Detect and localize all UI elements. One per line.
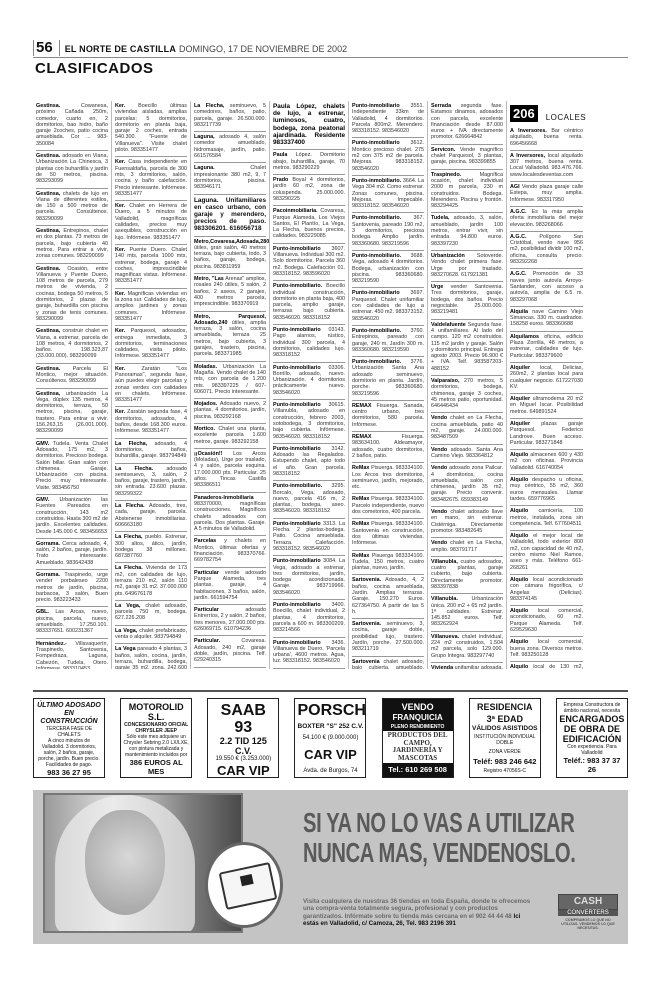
issue-date: DOMINGO, 17 DE NOVIEMBRE DE 2002: [179, 44, 347, 54]
classified-ad: Gestinsa, construir chalet en Viana, a e…: [36, 326, 108, 363]
ad-keyword: Valparaíso,: [431, 378, 459, 384]
classified-ad: A Inversores, local alquilado 307 metros…: [510, 151, 583, 182]
ad-keyword: Vendo: [431, 447, 447, 453]
ad-keyword: Punto-inmobiliario: [352, 140, 400, 146]
ad-text: el mejor local de Valladolid, todo exter…: [510, 533, 583, 570]
display-ad-porsche[interactable]: PORSCHE BOXTER "S" 252 C.V. 54.100 € (9.…: [294, 698, 366, 778]
ad-model: BOXTER "S" 252 C.V.: [297, 724, 363, 730]
ad-keyword: Laguna.: [194, 165, 215, 171]
ad-keyword: A.G.C.: [510, 209, 526, 215]
ad-keyword: Ker.: [115, 159, 125, 165]
ad-keyword: Villanubla.: [431, 596, 458, 602]
section-label: LOCALES: [546, 113, 586, 122]
ad-keyword: Gorrama.: [36, 541, 60, 547]
classified-ad: Punto-inmobiliario 03306. Borrillo, ados…: [273, 363, 345, 400]
ad-keyword: La Flecha.: [115, 565, 143, 571]
ad-keyword: A Inversores.: [510, 128, 547, 134]
classified-ad: Serrada segunda fase. Estamos dinamos, a…: [431, 101, 503, 145]
classified-ad: Alquila nave Camino Viejo Simancas. 330 …: [510, 307, 583, 332]
cash-converters-logo: CASH CONVERTERS COMPRAMOS LO QUE NO UTIL…: [558, 894, 618, 934]
ad-keyword: Parcelas: [194, 538, 216, 544]
classified-ad: Punto-inmobiliario. 3776. Urbanización S…: [352, 357, 424, 401]
ad-body: Sólo este mes adquiere un Chrysler Sebri…: [123, 734, 189, 758]
classified-ad: Prado Boyal 4 dormitorios, jardín 60 m2,…: [273, 175, 345, 206]
classified-ad: Punto-inmobiliario 3313. La Flecha. 2 pl…: [273, 519, 345, 556]
ad-keyword: Ker.: [115, 247, 125, 253]
ad-keyword: GMV.: [36, 497, 49, 503]
ad-keyword: Gestinsa.: [36, 103, 60, 109]
ad-keyword: Punto-inmobiliario.: [352, 359, 401, 365]
newspaper-name: EL NORTE DE CASTILLA: [65, 44, 176, 54]
ad-keyword: Vendo: [431, 465, 447, 471]
scale-plate: [219, 862, 278, 910]
ad-text: Parquesol, adosados, entrega inmediata, …: [115, 328, 187, 359]
ad-keyword: Particular: [194, 570, 219, 576]
ad-keyword: Tudela,: [431, 215, 449, 221]
classified-ad: Tudela, adosado, 3, salón, amueblado, ja…: [431, 213, 503, 250]
ad-keyword: GBL.: [36, 609, 49, 615]
display-ad-residencia[interactable]: RESIDENCIA 3ª EDAD VÁLIDOS ASISTIDOS INS…: [469, 698, 541, 778]
ad-keyword: Vendo: [431, 415, 447, 421]
classified-ad: Laguna, adosado 4, salón comedor amuebla…: [194, 132, 266, 163]
ad-keyword: Sartovenia: [352, 659, 380, 665]
ad-keyword: Moladas.: [194, 364, 217, 370]
masthead-row: 56 EL NORTE DE CASTILLA DOMINGO, 17 DE N…: [33, 40, 628, 58]
classified-ad: Mojados. Adosado nuevo, 2 plantas, 4 dor…: [194, 399, 266, 424]
display-ad-saab[interactable]: SAAB 93 2.2 TID 125 C.V. 19.550 € (3.253…: [207, 698, 279, 778]
classified-ad: Mortico. Chalet una planta, excelente pa…: [194, 424, 266, 449]
face-shape: [85, 810, 165, 915]
classified-ad: Vendo chalet en La Flecha, cocina amuebl…: [431, 413, 503, 444]
classified-ad: Ker. Zaratán segunda fase, 4 dormitorios…: [115, 407, 187, 438]
classified-ad: La Flecha. Vivienda de 173 m2, con calid…: [115, 563, 187, 600]
ad-keyword: A.G.C.: [510, 271, 526, 277]
ad-keyword: La Vega: [115, 646, 136, 652]
display-ad-empleo[interactable]: Empresa Constructora de ámbito nacional,…: [556, 698, 628, 778]
ad-keyword: Gorrama.: [36, 572, 60, 578]
ad-keyword: Laguna.: [194, 197, 219, 204]
classified-ad: Particular. Fuensaldaña, por traslado ur…: [194, 668, 266, 670]
ad-price: 54.100 € (9.000.000): [297, 735, 363, 741]
ad-text: Cowanesa, próximo Cañada 250m, comedor, …: [36, 103, 108, 147]
ad-body: INSTITUCIÓN INDIVIDUAL DOBLE: [472, 734, 538, 746]
ad-keyword: Punto-inmobiliario: [273, 446, 321, 452]
classified-ad: Laguna. Chalet impresionante 380 m2, 9, …: [194, 163, 266, 194]
ad-headline: VENDO: [385, 702, 451, 712]
ad-keyword: Gestinsa,: [36, 391, 60, 397]
classified-ad: Ker. Parquesol, adosados, entrega inmedi…: [115, 326, 187, 363]
ad-keyword: ¡¡Ocasión!!: [194, 451, 222, 457]
ad-model: 2.2 TID 125 C.V.: [210, 736, 276, 756]
classified-ad: Alquilo local acondicionado con cámara f…: [510, 575, 583, 606]
ad-products: PRODUCTOS DEL CAMPO, JARDINERÍA Y MASCOT…: [383, 731, 453, 763]
ad-text: urbanización La Vega, dúplex 135 metros,…: [36, 391, 108, 435]
ad-keyword: Punto-inmobiliario.: [273, 483, 322, 489]
classified-ad: Villanubla, cuatro adosados, cuatro plan…: [431, 557, 503, 594]
section-heading: 206LOCALES: [510, 105, 583, 122]
slogan-line-1: SI YA NO LO VAS A UTILIZAR: [303, 808, 526, 838]
ad-text: Chalet en Herrera de Duero, a 5 minutos …: [115, 203, 187, 240]
ad-text: Adosado, 4, 2 baños, cocina amueblada, J…: [352, 577, 424, 614]
ad-keyword: Paula: [273, 152, 287, 158]
ad-keyword: La Flecha.: [115, 503, 145, 509]
classified-ad: Punto-inmobiliario 3400. Boecillo, chale…: [273, 600, 345, 637]
classified-ad: ReMax Pisuerga. 983334100. Los Arcos tre…: [352, 463, 424, 494]
ad-text: segunda fase. Estamos dinamos, adosados …: [431, 103, 503, 140]
ad-phone: Teléf.: 983 37 37 26: [559, 756, 625, 774]
classified-ad: Punto-inmobiliario. Boecillo individual …: [273, 281, 345, 325]
ad-keyword: Punto-inmobiliario: [273, 640, 321, 646]
ad-keyword: Prado: [273, 177, 288, 183]
classified-ad: Particular. Covaresa. Adosado, 240 m2, g…: [194, 636, 266, 667]
ad-keyword: Alquilo: [510, 508, 528, 514]
ad-phone: Tel.: 610 269 508: [385, 765, 451, 774]
classified-column: Serrada segunda fase. Estamos dinamos, a…: [428, 101, 507, 669]
ad-brand: PORSCHE: [297, 702, 363, 719]
classified-ad: GBL. Las Arcas, nuevo, piscina, parcela,…: [36, 607, 108, 638]
ad-price-note: SIN ENTRADA: [123, 776, 189, 778]
classified-ad: A.G.C. Promoción de 33 naves junto autov…: [510, 269, 583, 306]
classified-ad: Metro,Covaresa,Adosada,280 útiles, gran …: [194, 237, 266, 274]
ad-keyword: Alquiler: [510, 365, 530, 371]
classified-ad: Ker. Boecillo últimas viviendas aisladas…: [115, 101, 187, 157]
ad-keyword: Sartovenia.: [352, 577, 381, 583]
classified-ad: Gestinsa. Ocasión, entre Villanueva y Pu…: [36, 264, 108, 327]
banner-copy-text: Visita cualquiera de nuestras 36 tiendas…: [303, 898, 530, 920]
classified-ad: Gestinsa, Entrepinos, chalet en dos plan…: [36, 226, 108, 263]
ad-keyword: Particular.: [194, 638, 220, 644]
classified-ad: REMAX Fisuerga. 983634100. Aldeamayor, a…: [352, 432, 424, 463]
ad-keyword: Alquiler: [510, 396, 530, 402]
ad-keyword: Vendo: [431, 540, 447, 546]
display-ad-adosado[interactable]: ÚLTIMO ADOSADO EN CONSTRUCCIÓN TERCERA F…: [33, 698, 105, 778]
logo-tagline: COMPRAMOS LO QUE NO UTILIZAS. VENDEMOS L…: [558, 918, 618, 930]
ad-keyword: Urbanización: [431, 253, 465, 259]
classified-ad: Alquiler local, Delicias, 260m2, 2 plant…: [510, 363, 583, 394]
ad-sub: TERCERA FASE DE CHALETS: [36, 726, 102, 738]
classified-ad: Servicon. Vende magnífico chalet Parques…: [431, 145, 503, 170]
ad-keyword: Alquiler: [510, 421, 530, 427]
ad-keyword: Metro,Covaresa,Adosada,280: [194, 239, 269, 245]
ad-keyword: Gestinsa,: [36, 328, 60, 334]
ad-keyword: Gestinsa.: [36, 366, 60, 372]
classified-ad: Sartovenia chalet adosado, bajo cubierta…: [352, 657, 424, 669]
ad-keyword: Vivienda: [431, 665, 453, 669]
ad-keyword: Valdelafuente: [431, 322, 466, 328]
classified-ad: Panaderos-Inmobiliaria 983370000, magníf…: [194, 493, 266, 537]
ad-sub: 3ª EDAD: [472, 714, 538, 724]
classified-ad: Alquilo almacenes 600 y 430 m2 con ofici…: [510, 450, 583, 475]
ad-keyword: Urge: [431, 284, 443, 290]
divider-rule: [33, 690, 628, 692]
ad-text: Ocasión, entre Villanueva y Puente Duero…: [36, 266, 108, 322]
ad-keyword: Ker.: [115, 203, 125, 209]
ad-keyword: Punto-inmobiliario.: [273, 283, 322, 289]
ad-text: Vendo plaza garaje calle Estepa, muy amp…: [510, 184, 583, 203]
ad-price: 386 EUROS AL MES: [123, 758, 189, 776]
ad-headline: ÚLTIMO ADOSADO EN CONSTRUCCIÓN: [36, 702, 102, 726]
ad-keyword: Punto-inmobiliario: [273, 365, 321, 371]
ad-phone: 983 36 27 95: [36, 768, 102, 777]
classified-ad: Hernández.- Villavaquerín, Traspinedo, S…: [36, 639, 108, 669]
ad-keyword: Alquilo: [510, 664, 528, 669]
banner-copy: Visita cualquiera de nuestras 36 tiendas…: [303, 898, 535, 928]
ad-keyword: A Inversores,: [510, 153, 545, 159]
ad-keyword: Alquilo: [510, 452, 528, 458]
display-ads-row: ÚLTIMO ADOSADO EN CONSTRUCCIÓN TERCERA F…: [33, 698, 628, 780]
logo-bottom: CONVERTERS: [558, 910, 618, 916]
ad-keyword: Gestinsa.: [36, 153, 60, 159]
classified-ad: Ker. Chalet en Herrera de Duero, a 5 min…: [115, 201, 187, 245]
classified-ad: La Flecha, adosado, 4 dormitorios, baños…: [115, 439, 187, 464]
classified-column: Ker. Boecillo últimas viviendas aisladas…: [112, 101, 191, 669]
classified-ad: ReMax Pisuerga. 983334100. Santovenia en…: [352, 519, 424, 550]
classified-ad: Vendo adosado. Santa Ana Camino Viejo. 9…: [431, 445, 503, 464]
ad-keyword: La Vega,: [115, 603, 140, 609]
classified-ad: A.G.C. Polígono San Cristóbal, vendo nav…: [510, 232, 583, 269]
ad-dealer: CAR VIP: [297, 746, 363, 763]
ad-registry: Registro 47056S-C: [472, 768, 538, 774]
ad-keyword: Servicon.: [431, 147, 455, 153]
classified-ad: Ker. Casa independiente en Fuensaldaña, …: [115, 157, 187, 201]
classified-ad: Ker. Zaratán "Los Panoramas", segunda fa…: [115, 364, 187, 408]
ad-phone: Teléf: 983 246 642: [472, 757, 538, 766]
ad-text: Urbanización las Fuentes Pareados en con…: [36, 497, 108, 534]
ad-text: Boecillo últimas viviendas aisladas, amp…: [115, 103, 187, 153]
ad-text: útiles, gran salón, 40 metros terraza, b…: [194, 245, 266, 270]
ad-keyword: La Flecha,: [115, 534, 142, 540]
ad-headline: RESIDENCIA: [472, 702, 538, 712]
ad-keyword: Panaderos-Inmobiliaria: [194, 495, 254, 501]
logo-top: CASH: [558, 894, 618, 910]
ad-brand: SAAB 93: [210, 702, 276, 736]
section-number: 206: [510, 105, 538, 122]
classified-ad: Particular adosado Entrerríos, 2 y salón…: [194, 605, 266, 636]
ad-text: útiles, amplia terraza, 3 salón, cocina …: [194, 320, 266, 357]
ad-keyword: Alquilo: [510, 577, 528, 583]
classified-ad: Alquilamos oficina, edificio Plaza Zorri…: [510, 332, 583, 363]
classified-ad: Villanueva. chalet individual, 224 m2 co…: [431, 632, 503, 663]
classified-ad: Metro, "Las Arenas" amplios, rosales 240…: [194, 274, 266, 311]
classified-ad: Punto-inmobiliario. 3760. Entrepinos, pa…: [352, 326, 424, 357]
ad-text: adosado zona Pailcar. 4 dormitorios, coc…: [431, 465, 503, 502]
classified-ad: Punto-inmobiliario. 3664. La Vega 304 m2…: [352, 176, 424, 213]
ad-address: Avda. de Burgos, 74: [297, 768, 363, 774]
ad-keyword: Serrada: [431, 103, 451, 109]
ad-keyword: Paula López, chalets de lujo, a estrenar…: [273, 103, 345, 146]
ad-body: Con experiencia. Para Valladolid: [559, 744, 625, 756]
classified-ad: Punto-inmobiliario 3142. Adosado las Reg…: [273, 444, 345, 481]
ad-keyword: ReMax: [352, 521, 369, 527]
classified-ad: La Vega pareado 4 plantas, 3 baños, saló…: [115, 644, 187, 669]
ad-text: 30615. Villanubla, adosado en construcci…: [273, 402, 345, 439]
ad-keyword: Sartovenia.: [352, 621, 381, 627]
classified-ad: Paula López. Dormitorio abajo, buhardill…: [273, 150, 345, 175]
ad-sub2: PLENO RENDIMIENTO: [385, 724, 451, 730]
ad-text: Los Arcos (Moladas), Urge por traslado, …: [194, 451, 266, 488]
classified-ad: Punto-inmobiliario 30615. Villanubla, ad…: [273, 400, 345, 444]
classified-ad: Ker. Magníficas viviendas en la zona sur…: [115, 289, 187, 326]
classified-ad: Alquilo local comercial, buena zona. Div…: [510, 637, 583, 662]
classified-ad: ReMax Pisuerga. 983334100. Parcelo indep…: [352, 494, 424, 519]
classified-ad: La Vega, chalet prefabricado, venta o al…: [115, 626, 187, 645]
ad-headline: ENCARGADOS DE OBRA DE EDIFICACIÓN: [559, 714, 625, 744]
ad-keyword: Punto-inmobiliario: [273, 327, 321, 333]
classified-ad: AGI Vendo plaza garaje calle Estepa, muy…: [510, 182, 583, 207]
ad-keyword: Alquilo: [510, 533, 528, 539]
ad-text: 3776. Urbanización Santa Ana adosado sem…: [352, 359, 424, 396]
ad-keyword: Alquilamos: [510, 334, 539, 340]
ad-keyword: Alquilo: [510, 639, 528, 645]
classified-ad: Punto-inmobiliario. 3688. Vega, adosado …: [352, 251, 424, 288]
ad-keyword: Villanueva.: [431, 634, 459, 640]
ad-keyword: Punto-inmobiliario: [352, 290, 400, 296]
ad-dealer: CAR VIP: [210, 762, 276, 778]
ad-text: Puente Duero. Chalet 140 mts, parcela 10…: [115, 247, 187, 284]
ad-keyword: Pacoinmobiliaria.: [273, 208, 318, 214]
banner-slogan: SI YA NO LO VAS A UTILIZAR NUNCA MAS, VE…: [303, 808, 526, 868]
classified-ad: Pacoinmobiliaria. Covaresa, Parque Alame…: [273, 206, 345, 243]
slogan-line-2: NUNCA MAS, VENDENOSLO.: [303, 838, 526, 868]
classified-ad: Gestinsa, urbanización La Vega, dúplex 1…: [36, 389, 108, 439]
ad-text: Casa independiente en Fuensaldaña, parce…: [115, 159, 187, 196]
classified-ad: Ker. Puente Duero. Chalet 140 mts, parce…: [115, 245, 187, 289]
ad-keyword: Punto-inmobiliario: [352, 103, 400, 109]
classified-ad: Punto-inmobiliario 03143. Pago alarnos, …: [273, 325, 345, 362]
classified-ad: ¡¡Ocasión!! Los Arcos (Moladas), Urge po…: [194, 449, 266, 493]
ad-keyword: La Vega,: [115, 628, 137, 634]
cash-converters-banner[interactable]: SI YA NO LO VAS A UTILIZAR NUNCA MAS, VE…: [33, 790, 628, 944]
classified-ad: La Flecha. Adosado, tres, cada, garaje, …: [115, 501, 187, 532]
ad-keyword: REMAX: [352, 403, 371, 409]
classified-ad: Vendo chalet en La Flecha, amplio. 98379…: [431, 538, 503, 557]
classified-ad: Urbanización Sotoverde. Vendo chalet pri…: [431, 251, 503, 282]
ad-keyword: A.G.C.: [510, 234, 526, 240]
classified-ad: Vivienda unifamiliar adosada, con patio,…: [431, 663, 503, 669]
ad-keyword: Ker.: [115, 291, 125, 297]
classified-ad: Paula López, chalets de lujo, a estrenar…: [273, 101, 345, 150]
classified-ad: GMV. Tudela. Venta Chalet Adosado, 175 m…: [36, 439, 108, 495]
ad-keyword: Alquilo: [510, 608, 528, 614]
display-ad-franquicia[interactable]: VENDO FRANQUICIA PLENO RENDIMIENTO PRODU…: [382, 698, 454, 778]
ad-keyword: Punto-inmobiliario.: [352, 215, 401, 221]
ad-text: Boecillo individual construcción, dormit…: [273, 283, 345, 320]
classified-ad: Parcelas y chalets en Montico, últimas o…: [194, 536, 266, 567]
ad-keyword: La Flecha,: [115, 441, 147, 447]
ad-keyword: ReMax: [352, 553, 369, 559]
ad-keyword: Punto-inmobiliario: [273, 558, 321, 564]
classified-columns: Gestinsa. Cowanesa, próximo Cañada 250m,…: [33, 101, 628, 669]
classified-ad: Punto-inmobiliario 3607. Villanueva. Ind…: [273, 244, 345, 281]
ad-keyword: Punto-inmobiliario.: [352, 253, 401, 259]
ad-keyword: Particular: [194, 607, 219, 613]
ad-keyword: GMV.: [36, 441, 49, 447]
classified-ad: Vendo chalet adosado llave en mano, sin …: [431, 507, 503, 538]
classified-ad: Sartovenia. seminuevo, 3, cocina, garaje…: [352, 619, 424, 656]
classified-ad: Gestinsa. adosado en Viana, Urbanización…: [36, 151, 108, 188]
classified-ad: Vendo adosado zona Pailcar. 4 dormitorio…: [431, 463, 503, 507]
ad-text: 3084. La Vega, adosado a estrenar, tres …: [273, 558, 345, 595]
classified-ad: Valdelafuente Segunda fase. 4 unifamilia…: [431, 320, 503, 376]
ad-sub: CONCESIONARIO OFICIAL CHRYSLER JEEP: [123, 722, 189, 734]
page-number: 56: [33, 40, 60, 56]
classified-ad: Gestinsa. Parcela El Montico, mejor situ…: [36, 364, 108, 389]
ad-keyword: Villanubla,: [431, 559, 458, 565]
ad-keyword: Punto-inmobiliario.: [352, 178, 401, 184]
ad-keyword: Gestinsa,: [36, 191, 60, 197]
classified-ad: A Inversores. Bar céntrico alquilado, bu…: [510, 126, 583, 151]
classified-ad: Alquilo local de 130 m2, Francisco Suáre…: [510, 662, 583, 669]
classified-ad: Gestinsa. Cowanesa, próximo Cañada 250m,…: [36, 101, 108, 151]
ad-keyword: Punto-inmobiliario.: [352, 328, 401, 334]
ad-intro: Empresa Constructora de ámbito nacional,…: [559, 702, 625, 714]
page-header: 56 EL NORTE DE CASTILLA DOMINGO, 17 DE N…: [33, 40, 628, 77]
ad-keyword: Punto-inmobiliario: [273, 602, 321, 608]
classified-ad: Alquiler plazas garaje Parquesol. Federi…: [510, 419, 583, 450]
classified-ad: La Vega, chalet adosado, parcela 750 m, …: [115, 601, 187, 626]
ad-keyword: Metro, "Las: [194, 276, 224, 282]
classified-ad: REMAX Fisuerga. Sanada, centro urbano, t…: [352, 401, 424, 432]
ad-keyword: Vendo: [431, 509, 447, 515]
ad-keyword: Ker.: [115, 328, 125, 334]
classified-ad: Punto-inmobiliario 3697. Parquesol. Chal…: [352, 288, 424, 325]
classified-ad: Punto-inmobiliario 3551. Independiente 3…: [352, 101, 424, 138]
classified-ad: A.G.C. Es la más amplia oferta inmobilia…: [510, 207, 583, 232]
ad-keyword: Mortico.: [194, 426, 215, 432]
classified-ad: La Flecha, pueblo. Estrenar, 300 altos, …: [115, 532, 187, 563]
ad-keyword: Gestinsa.: [36, 266, 60, 272]
classified-ad: Alquiler ultramoderna 20 m2 en Miguel Is…: [510, 394, 583, 419]
ad-text: 983370000, magníficas construcciones. Ma…: [194, 501, 266, 532]
classified-ad: Punto-inmobiliario. 3295. Borcalo, Vega,…: [273, 481, 345, 518]
classified-ad: Particular vende adosado Parque Alameda,…: [194, 568, 266, 605]
section-title: CLASIFICADOS: [35, 60, 628, 77]
classified-ad: Laguna. Unifamiliares en casco urbano, c…: [194, 195, 266, 237]
classified-ad: Gorrama. Cerca adosado, 4, salón, 2 baño…: [36, 539, 108, 570]
ad-sub: FRANQUICIA: [385, 713, 451, 723]
classified-ad: Valparaíso, 270 metros, 5 dormitorios, b…: [431, 376, 503, 413]
classified-ad: Punto-inmobiliario. 367. Santovenia, par…: [352, 213, 424, 250]
classified-ad: Punto-inmobiliario 3084. La Vega, adosad…: [273, 556, 345, 600]
ad-keyword: ReMax: [352, 465, 369, 471]
classified-column: Gestinsa. Cowanesa, próximo Cañada 250m,…: [33, 101, 112, 669]
ad-keyword: AGI: [510, 184, 520, 190]
classified-ad: La Flecha, seminuevo, 5 comedores, baños…: [194, 101, 266, 132]
classified-ad: Punto-inmobiliario 3436. Villanueva de D…: [273, 638, 345, 669]
ad-text: Magníficas viviendas en la zona sur. Cal…: [115, 291, 187, 322]
ad-keyword: Hernández.-: [36, 641, 67, 647]
ad-keyword: Punto-inmobiliario: [273, 246, 321, 252]
ad-keyword: La Flecha.: [115, 466, 153, 472]
ad-keyword: Ker.: [115, 103, 125, 109]
classified-ad: Alquilo local comercial, acondicionado, …: [510, 606, 583, 637]
ad-keyword: REMAX: [352, 434, 371, 440]
ad-body: A cinco minutos de Valladolid. 3 dormito…: [36, 738, 102, 768]
ad-keyword: Ker.: [115, 366, 125, 372]
display-ad-motorolid[interactable]: MOTOROLID S.L. CONCESIONARIO OFICIAL CHR…: [120, 698, 192, 778]
classified-ad: Gestinsa, chalets de lujo en Viana de di…: [36, 189, 108, 226]
classified-ad: Moladas. Urbanización La Magaña. Vendo c…: [194, 362, 266, 399]
classified-ad: Alquilo carnicería, 100 metros, instalad…: [510, 506, 583, 531]
classified-ad: GMV. Urbanización las Fuentes Pareados e…: [36, 495, 108, 539]
ad-zone: ZONA VERDE: [472, 749, 538, 755]
ad-text: Magnífica ocasión, chalet individual 200…: [431, 172, 503, 209]
ad-text: Tudela. Venta Chalet Adosado, 175 m2, 3 …: [36, 441, 108, 491]
ad-sub2: VÁLIDOS ASISTIDOS: [472, 726, 538, 732]
classified-ad: Punto-inmobiliario 3612. Montico precios…: [352, 138, 424, 175]
ad-text: Segunda fase. 4 unifamiliares. Al lado d…: [431, 322, 503, 372]
classified-ad: Metro, Parquesol, Adosado,240 útiles, am…: [194, 312, 266, 362]
